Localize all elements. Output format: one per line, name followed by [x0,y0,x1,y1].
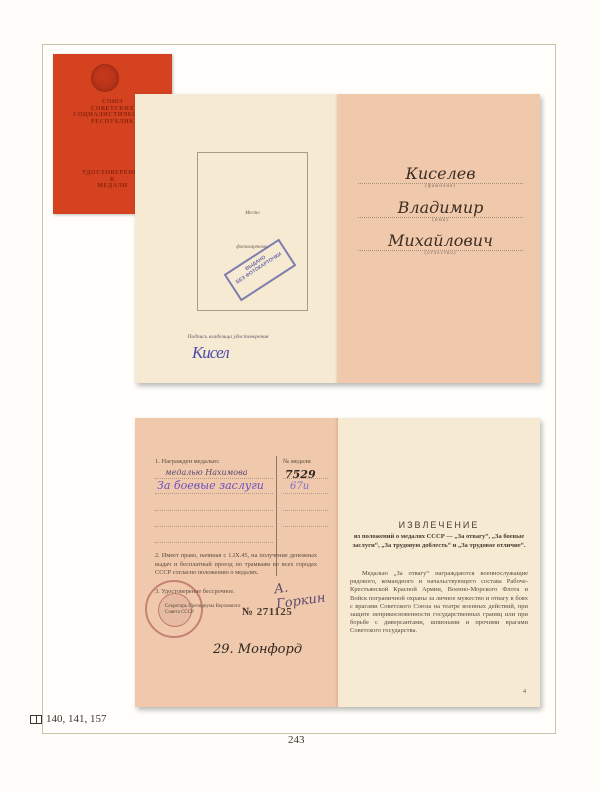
rights-text: 2. Имеет право, начиная с 1.IX.45, на по… [155,552,317,578]
page-number: 243 [288,734,305,746]
owner-signature: Кисел [192,343,229,363]
surname-field: Киселев (фамилия) [358,164,523,190]
medal-number-extra: 67и [290,481,309,492]
ussr-emblem-icon [91,64,119,92]
extract-subtitle: из положений о медалях СССР — „За отвагу… [348,533,530,550]
medal-name-line2: За боевые заслуги [157,479,264,492]
rule-line [155,542,273,543]
patronymic-field: Михайлович (отчество) [358,231,523,257]
rule-line [283,510,328,511]
rule-line [283,493,328,494]
medal-number-label: № медали [283,458,311,466]
medal-name-line1: медалью Нахимова [165,468,248,477]
name-page: Киселев (фамилия) Владимир (имя) Михайло… [338,94,540,383]
certificate-spread-top: Место фотокарточки ВЫДАНО БЕЗ ФОТОКАРТОЧ… [135,94,540,383]
rule-line [155,493,273,494]
certificate-spread-bottom: 1. Награжден медалью: № медали медалью Н… [135,418,540,707]
booklet-page-number: 4 [523,689,526,695]
medal-number: 7529 [285,468,316,481]
cross-references: 140, 141, 157 [30,713,107,725]
open-book-icon [30,715,42,724]
extract-page: ИЗВЛЕЧЕНИЕ из положений о медалях СССР —… [338,418,540,707]
awarded-label: 1. Награжден медалью: [155,458,220,466]
rule-line [283,478,328,479]
owner-signature-label: Подпись владельца удостоверения [183,334,273,340]
issuer-signature: 29. Монфорд [213,642,302,657]
photo-page: Место фотокарточки ВЫДАНО БЕЗ ФОТОКАРТОЧ… [135,94,338,383]
award-page: 1. Награжден медалью: № медали медалью Н… [135,418,338,707]
certificate-number: № 271125 [242,606,292,618]
rule-line [155,510,273,511]
rule-line [155,526,273,527]
reference-pages[interactable]: 140, 141, 157 [46,713,107,725]
extract-title: ИЗВЛЕЧЕНИЕ [338,520,540,530]
first-name-field: Владимир (имя) [358,198,523,224]
rule-line [283,526,328,527]
rule-line [155,478,273,479]
extract-body: Медалью „За отвагу“ награждаются военнос… [350,570,528,636]
